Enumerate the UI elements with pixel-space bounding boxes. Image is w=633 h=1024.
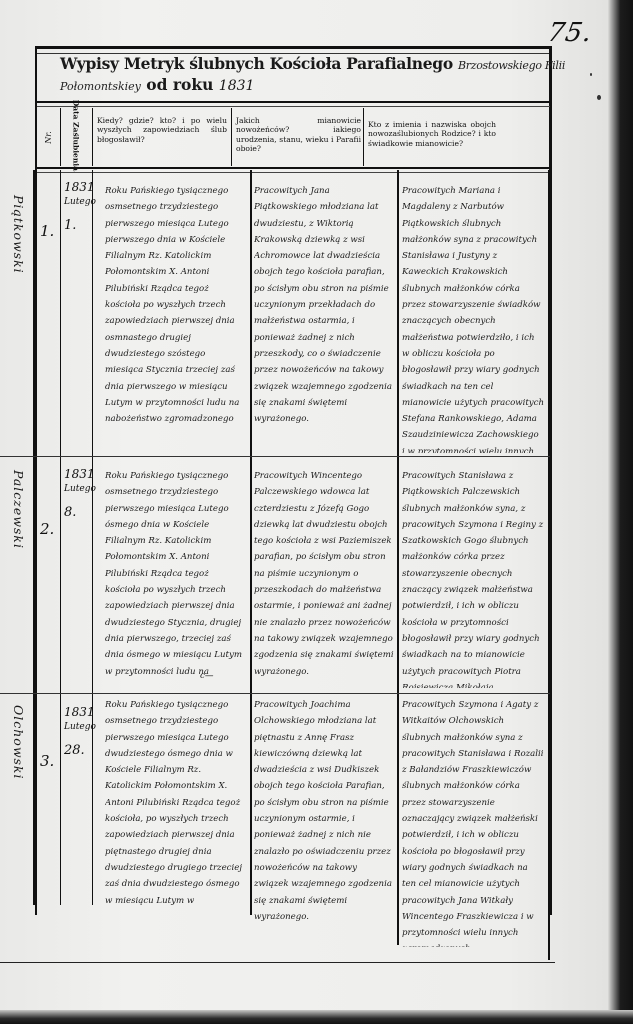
ink-spot [597, 95, 601, 100]
date-month: Lutego [64, 195, 96, 210]
title-line-2: Połomontskiey od roku 1831 [60, 75, 550, 94]
entry-separator [0, 456, 550, 457]
newlyweds-text: Pracowitych Joachima Olchowskiego młodzi… [254, 697, 394, 927]
newlyweds-rule [397, 170, 399, 945]
table-header: Nr. Data Zaślubienia. Kiedy? gdzie? kto?… [37, 108, 550, 166]
margin-surname: Olchowski [6, 705, 26, 845]
header-when-where: Kiedy? gdzie? kto? i po wielu wyszłych z… [97, 108, 227, 174]
title-from-year-label: od roku [146, 75, 213, 94]
margin-surname: Palczewski [6, 470, 26, 620]
date-day: 8. [64, 505, 96, 520]
entry-date: 1831 Lutego 8. [64, 467, 96, 520]
entry-date: 1831 Lutego 28. [64, 705, 96, 758]
date-day: 1. [64, 218, 96, 233]
ink-spot [590, 73, 592, 76]
newlyweds-text: Pracowitych Wincentego Palczewskiego wdo… [254, 468, 394, 680]
page-number: 75. [545, 18, 595, 48]
entry-date: 1831 Lutego 1. [64, 180, 96, 233]
header-date: Data Zaślubienia. [67, 108, 85, 166]
date-year: 1831 [64, 705, 96, 720]
title-line-1: Wypisy Metryk ślubnych Kościoła Parafial… [60, 54, 550, 73]
header-nr: Nr. [37, 108, 59, 166]
register-bottom-rule [0, 962, 555, 963]
margin-rule [33, 170, 36, 905]
header-top-rule [37, 101, 550, 107]
title-printed: Wypisy Metryk ślubnych Kościoła Parafial… [60, 54, 453, 73]
entry-separator [0, 693, 550, 694]
parents-witnesses-text: Pracowitych Szymona i Agaty z Witkaitów … [402, 697, 544, 947]
nr-date-rule [60, 170, 61, 905]
page-bottom-edge [0, 1010, 633, 1024]
closing-mark: c— [200, 668, 240, 684]
header-newlyweds: Jakich mianowicie nowożeńców? iakiego ur… [236, 108, 361, 174]
header-divider [231, 108, 232, 166]
title-parish-handwritten-cont: Połomontskiey [60, 80, 141, 93]
date-text-rule [92, 170, 93, 905]
entry-number: 3. [40, 752, 54, 770]
header-divider [363, 108, 364, 166]
parents-witnesses-text: Pracowitych Mariana i Magdaleny z Narbut… [402, 183, 544, 453]
margin-surname: Piątkowski [6, 195, 26, 345]
ceremony-text: Roku Pańskiego tysiącznego osmsetnego tr… [105, 697, 245, 907]
entry-number: 2. [40, 520, 54, 538]
header-divider [92, 108, 93, 166]
ceremony-text: Roku Pańskiego tysiącznego osmsetnego tr… [105, 183, 245, 443]
entry-number: 1. [40, 222, 54, 240]
date-year: 1831 [64, 467, 96, 482]
date-day: 28. [64, 743, 96, 758]
parents-witnesses-text: Pracowitych Stanisława z Piątkowskich Pa… [402, 468, 544, 688]
title-parish-handwritten: Brzostowskiego Filii [458, 59, 565, 72]
right-frame-rule [548, 170, 550, 960]
title-year-handwritten: 1831 [219, 78, 255, 94]
header-bottom-rule [37, 167, 550, 173]
ceremony-text: Roku Pańskiego tysiącznego osmsetnego tr… [105, 468, 245, 680]
register-title: Wypisy Metryk ślubnych Kościoła Parafial… [60, 54, 550, 94]
date-month: Lutego [64, 482, 96, 497]
header-divider [60, 108, 61, 166]
ceremony-rule [250, 170, 252, 915]
date-month: Lutego [64, 720, 96, 735]
newlyweds-text: Pracowitych Jana Piątkowskiego młodziana… [254, 183, 394, 433]
date-year: 1831 [64, 180, 96, 195]
